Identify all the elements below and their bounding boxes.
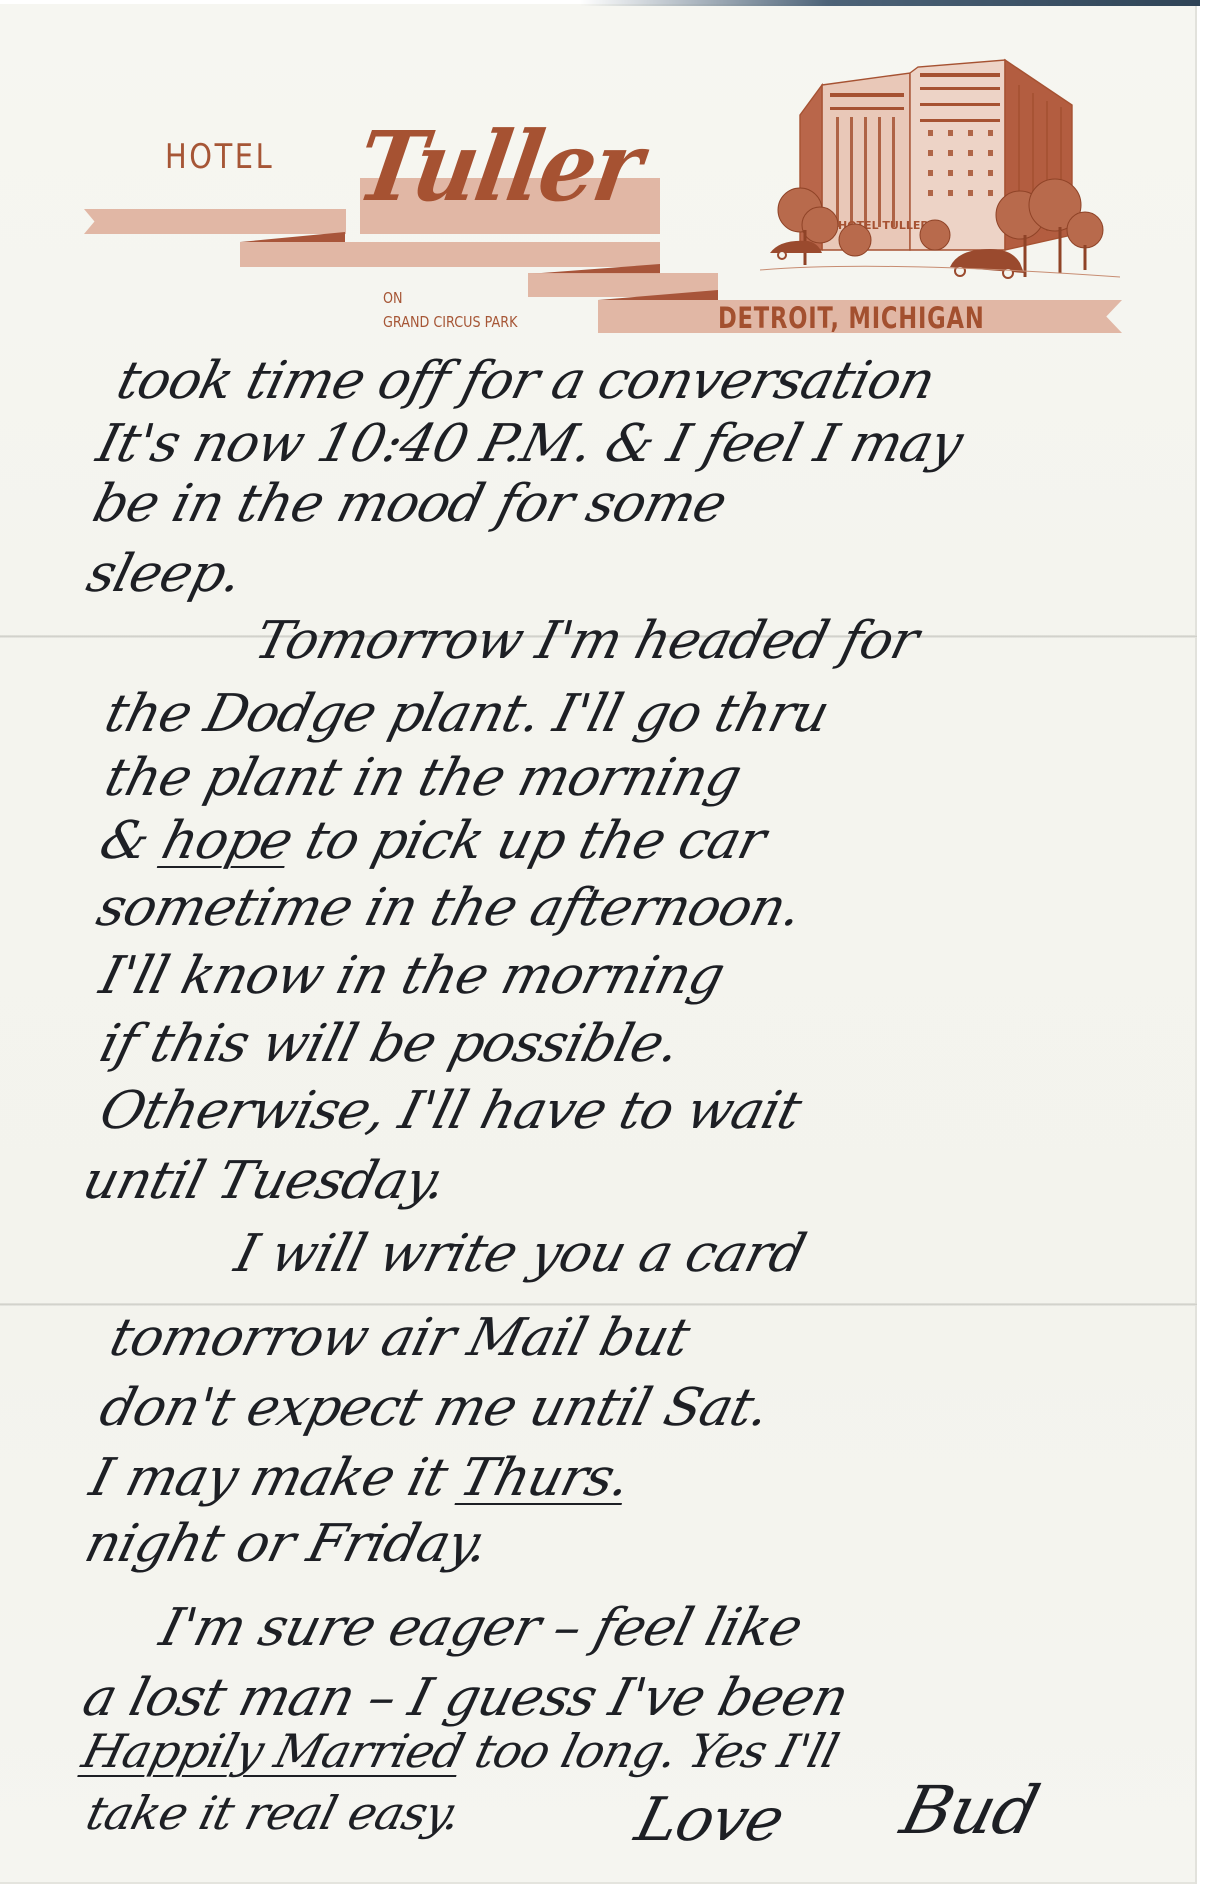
hotel-building-illustration: HOTEL TULLER <box>760 45 1120 285</box>
underlined-hope: hope <box>156 811 298 871</box>
line-rest: to pick up the car <box>283 811 771 871</box>
letter-line: a lost man – I guess I've been <box>78 1672 853 1724</box>
city-label: DETROIT, MICHIGAN <box>718 301 985 335</box>
location-on: ON <box>383 289 403 307</box>
letter-line: I'll know in the morning <box>95 950 729 1002</box>
hotel-label: HOTEL <box>165 137 274 177</box>
letter-line: take it real easy. <box>82 1790 465 1836</box>
letter-line: the plant in the morning <box>100 752 746 804</box>
scan-edge <box>580 0 1200 6</box>
letter-line: It's now 10:40 P.M. & I feel I may <box>92 418 967 470</box>
line-rest: too long. Yes I'll <box>456 1724 844 1778</box>
ribbon-segment <box>240 242 660 267</box>
fold-line <box>0 1303 1197 1306</box>
letter-line: until Tuesday. <box>78 1155 451 1207</box>
ribbon-segment <box>84 209 346 234</box>
letter-line: if this will be possible. <box>95 1018 684 1070</box>
letter-line: I may make it Thurs. <box>85 1452 635 1504</box>
underlined-happily-married: Happily Married <box>77 1724 469 1778</box>
letter-line: I will write you a card <box>230 1228 810 1280</box>
letter-line: Tomorrow I'm headed for <box>250 615 923 667</box>
letter-line: I'm sure eager – feel like <box>155 1602 807 1654</box>
letter-line: tomorrow air Mail but <box>105 1312 694 1364</box>
letter-line: Happily Married too long. Yes I'll <box>78 1728 843 1774</box>
hotel-name-logo: Tuller <box>350 110 649 223</box>
letter-line: sometime in the afternoon. <box>92 882 806 934</box>
underlined-thurs: Thurs. <box>454 1448 636 1508</box>
letter-line: sleep. <box>82 548 247 600</box>
location-park: GRAND CIRCUS PARK <box>383 313 517 331</box>
letter-line: be in the mood for some <box>88 478 731 530</box>
letter-line: the Dodge plant. I'll go thru <box>100 688 834 740</box>
closing: Love <box>630 1790 789 1850</box>
line-start: I may make it <box>84 1448 469 1508</box>
letter-line: don't expect me until Sat. <box>95 1382 774 1434</box>
letter-line: took time off for a conversation <box>112 355 939 407</box>
letter-line: Otherwise, I'll have to wait <box>95 1085 806 1137</box>
letter-line: & hope to pick up the car <box>95 815 770 867</box>
signature: Bud <box>895 1778 1044 1844</box>
letter-line: night or Friday. <box>80 1518 493 1570</box>
